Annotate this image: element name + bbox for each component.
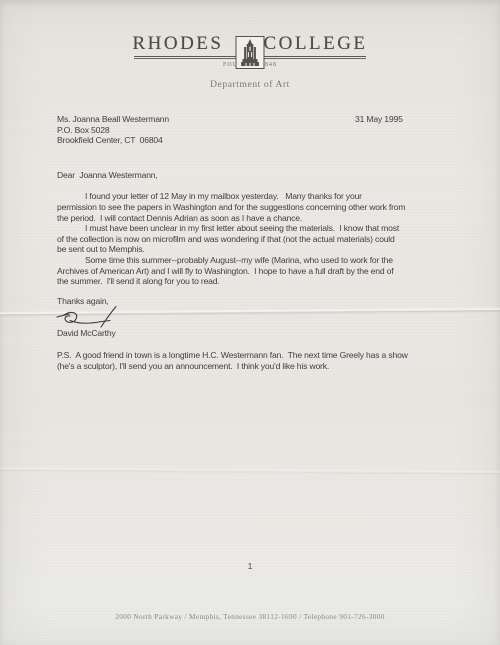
body-line: I must have been unclear in my first let… <box>57 223 457 234</box>
page-number: 1 <box>0 561 500 571</box>
postscript-line: P.S. A good friend in town is a longtime… <box>57 350 457 361</box>
address-date-row: Ms. Joanna Beall Westermann P.O. Box 502… <box>57 114 457 146</box>
body-line: the period. I will contact Dennis Adrian… <box>57 213 457 224</box>
closing-text: Thanks again, <box>57 296 457 307</box>
footer-address: 2000 North Parkway / Memphis, Tennessee … <box>0 612 500 621</box>
signature-scribble-icon <box>57 306 457 328</box>
letter-content: Ms. Joanna Beall Westermann P.O. Box 502… <box>57 114 457 371</box>
body-line: be sent out to Memphis. <box>57 244 457 255</box>
department-text: Department of Art <box>0 80 500 90</box>
college-lockup: RHODES COLLEGE <box>110 34 390 68</box>
date-text: 31 May 1995 <box>355 114 403 125</box>
wordmark-rhodes: RHODES <box>132 34 223 54</box>
postscript: P.S. A good friend in town is a longtime… <box>57 350 457 371</box>
body-line: of the collection is now on microfilm an… <box>57 234 457 245</box>
body-paragraphs: I found your letter of 12 May in my mail… <box>57 191 457 286</box>
body-line: Some time this summer--probably August--… <box>57 255 457 266</box>
tower-emblem <box>236 36 265 69</box>
salutation: Dear Joanna Westermann, <box>57 170 457 181</box>
body-line: I found your letter of 12 May in my mail… <box>57 191 457 202</box>
letterhead: RHODES COLLEGE <box>0 0 500 90</box>
tower-icon <box>240 39 261 66</box>
signer-name: David McCarthy <box>57 328 457 339</box>
body-line: Archives of American Art) and I will fly… <box>57 266 457 277</box>
fold-crease-lower <box>0 466 500 476</box>
recipient-line: P.O. Box 5028 <box>57 125 457 136</box>
postscript-line: (he's a sculptor), I'll send you an anno… <box>57 361 457 372</box>
letter-page: RHODES COLLEGE <box>0 0 500 645</box>
body-line: permission to see the papers in Washingt… <box>57 202 457 213</box>
wordmark-college: COLLEGE <box>263 34 367 54</box>
recipient-line: Brookfield Center, CT 06804 <box>57 135 457 146</box>
body-line: the summer. I'll send it along for you t… <box>57 276 457 287</box>
